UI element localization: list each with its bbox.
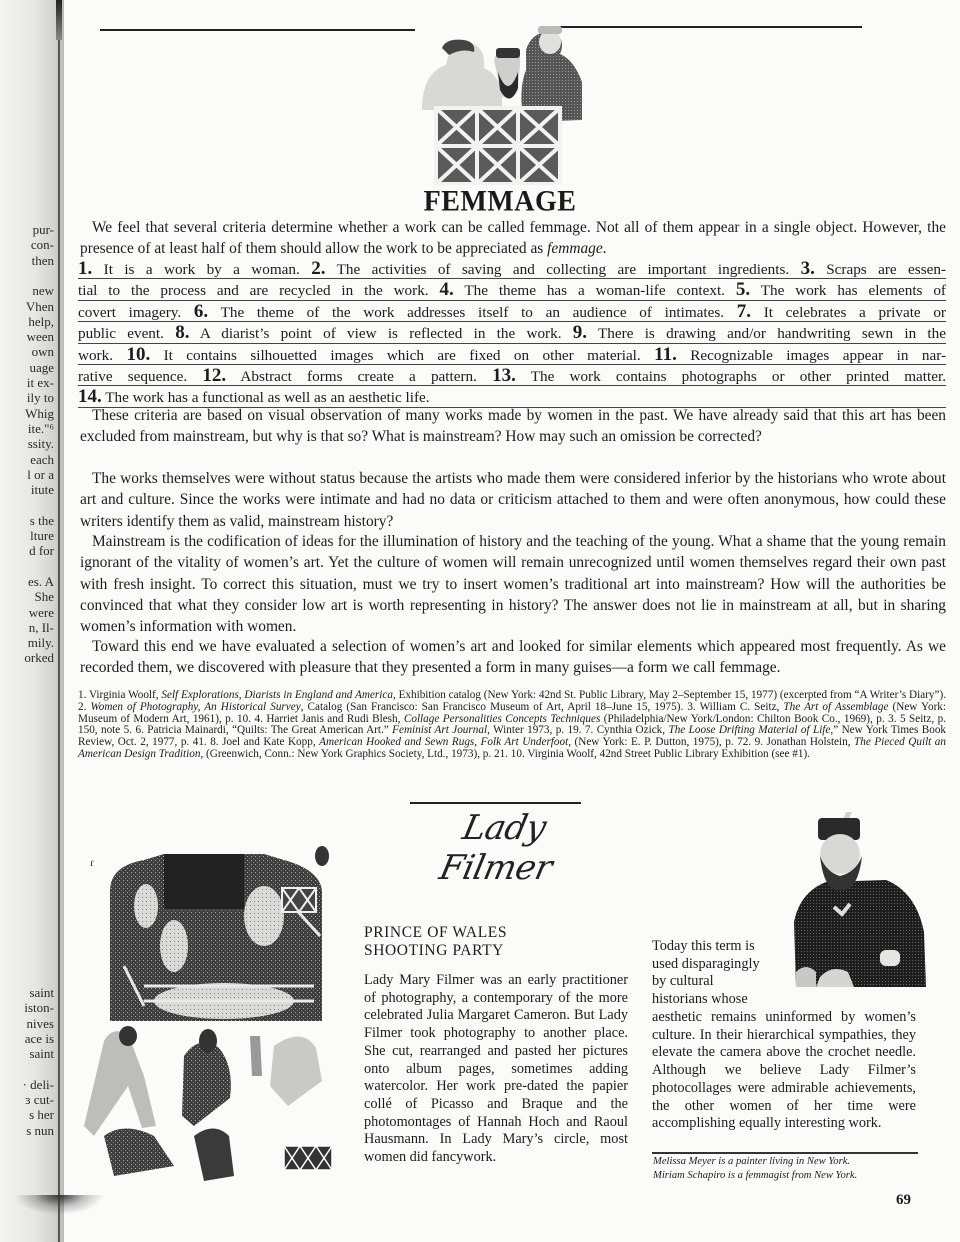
criterion-text: rative sequence. <box>78 368 202 385</box>
criterion-number: 9. <box>573 322 587 343</box>
criterion-text: The work has a functional as well as an … <box>102 389 430 406</box>
adjacent-page-fragment: ssity. <box>28 436 54 451</box>
criteria-line: tial to the process and are recycled in … <box>78 279 946 300</box>
criterion-text: The work has elements of <box>750 282 946 299</box>
intro-text: We feel that several criteria determine … <box>80 219 946 257</box>
adjacent-page-fragment: es. A <box>28 574 54 589</box>
criterion-text: The theme has a woman-life context. <box>454 282 736 299</box>
criterion-text: The theme of the work addresses itself t… <box>208 304 737 321</box>
footnote-text: , Exhibition catalog (New York: 42nd St.… <box>393 689 946 701</box>
criteria-line: public event. 8. A diarist’s point of vi… <box>78 322 946 343</box>
criteria-line: work. 10. It contains silhouetted images… <box>78 344 946 365</box>
criterion-text: The activities of saving and collecting … <box>325 261 800 278</box>
criterion-text: There is drawing and/or handwriting sewn… <box>587 325 946 342</box>
criterion-number: 12. <box>202 365 226 386</box>
footnote-text: 3. William C. Seitz, <box>687 701 783 713</box>
lady-filmer-column-2-bottom: aesthetic remains uninformed by women’s … <box>652 1009 916 1133</box>
footnote-text: 2. <box>78 701 90 713</box>
adjacent-page-fragment: n, Il- <box>29 620 54 635</box>
criterion-text: work. <box>78 347 126 364</box>
footnote-text: 1. Virginia Woolf, <box>78 689 161 701</box>
criterion-text: It celebrates a private or <box>751 304 946 321</box>
criterion-text: It is a work by a woman. <box>92 261 311 278</box>
section-rule <box>410 802 581 804</box>
portrait-photo-icon <box>776 812 936 987</box>
footnote-title: Women of Photography, An Historical Surv… <box>90 701 300 713</box>
footnote-text: 8. Joel and Kate Kopp, <box>210 736 319 748</box>
paragraph-without-status: The works themselves were without status… <box>80 468 946 532</box>
adjacent-page-fragment: mily. <box>28 635 54 650</box>
criterion-number: 3. <box>801 258 815 279</box>
footnote-text: (Philadelphia/New York/London: Chilton B… <box>600 713 900 725</box>
adjacent-page-fragment: Whig <box>25 406 54 421</box>
header-rule-left <box>100 29 415 31</box>
adjacent-page-fragment: s nun <box>26 1123 54 1138</box>
criterion-number: 2. <box>311 258 325 279</box>
paragraph-criteria-basis: These criteria are based on visual obser… <box>80 405 946 448</box>
paragraph-mainstream: Mainstream is the codification of ideas … <box>80 531 946 637</box>
header-rule-right <box>547 26 862 28</box>
adjacent-page-fragment: ite."⁶ <box>28 421 54 436</box>
section-heading-line-1: PRINCE OF WALES <box>364 924 624 942</box>
author-bio-meyer: Melissa Meyer is a painter living in New… <box>653 1155 923 1169</box>
adjacent-page-fragment: saint <box>29 985 54 1000</box>
author-bios: Melissa Meyer is a painter living in New… <box>653 1155 923 1183</box>
adjacent-page-fragment: Vhen <box>26 299 54 314</box>
criterion-text: public event. <box>78 325 175 342</box>
criterion-number: 7. <box>737 301 751 322</box>
adjacent-page-fragment: new <box>32 283 54 298</box>
footnote-text: 4. Harriet Janis and Rudi Blesh, <box>254 713 403 725</box>
adjacent-page-fragment: ace is <box>25 1031 54 1046</box>
criterion-number: 1. <box>78 258 92 279</box>
adjacent-page-fragment: orked <box>24 650 54 665</box>
footnote-text: , (New York: E. P. Dutton, 1975), p. 72. <box>568 736 754 748</box>
adjacent-page-fragment: iston- <box>24 1000 54 1015</box>
binding-shadow <box>14 1195 104 1215</box>
footnote-text: 10. Virginia Woolf, 42nd Street Public L… <box>511 748 810 760</box>
criterion-text: Abstract forms create a pattern. <box>226 368 492 385</box>
intro-emphasis: femmage <box>547 240 603 257</box>
footnotes: 1. Virginia Woolf, Self Explorations, Di… <box>78 690 946 761</box>
criteria-line: covert imagery. 6. The theme of the work… <box>78 301 946 322</box>
intro-paragraph: We feel that several criteria determine … <box>80 217 946 260</box>
adjacent-page-fragment: · deli- <box>23 1077 54 1092</box>
adjacent-page-fragment: ily to <box>27 390 54 405</box>
lady-filmer-column-1: Lady Mary Filmer was an early practition… <box>364 972 628 1167</box>
section-heading-line-2: SHOOTING PARTY <box>364 942 624 960</box>
criterion-text: A diarist’s point of view is reflected i… <box>189 325 572 342</box>
adjacent-page-fragment: it ex- <box>27 375 54 390</box>
adjacent-page-fragment: itute <box>31 482 54 497</box>
page-title: FEMMAGE <box>0 185 960 219</box>
footnote-text: , Catalog (San Francisco: San Francisco … <box>301 701 688 713</box>
binding-curl <box>56 0 62 40</box>
adjacent-page-fragment: She <box>35 589 55 604</box>
lady-filmer-column-2-top: Today this term is used disparagingly by… <box>652 938 770 1009</box>
adjacent-page-fragment: con- <box>31 237 54 252</box>
adjacent-page-fragment: l or a <box>27 467 54 482</box>
footnote-title: The Art of Assemblage <box>783 701 888 713</box>
footnote-text: 7. Cynthia Ozick, <box>585 724 669 736</box>
criterion-number: 4. <box>439 279 453 300</box>
adjacent-page-fragment: own <box>32 344 54 359</box>
criterion-number: 8. <box>175 322 189 343</box>
footnote-title: Self Explorations, Diarists in England a… <box>161 689 393 701</box>
criterion-number: 13. <box>492 365 516 386</box>
criterion-text: Scraps are essen- <box>815 261 946 278</box>
adjacent-page-fragment: were <box>29 605 54 620</box>
author-bio-schapiro: Miriam Schapiro is a femmagist from New … <box>653 1169 923 1183</box>
criteria-list: 1. It is a work by a woman. 2. The activ… <box>78 258 946 408</box>
adjacent-page-fragment: each <box>30 452 54 467</box>
criterion-text: tial to the process and are recycled in … <box>78 282 439 299</box>
hero-photo-collage-icon <box>414 10 586 185</box>
adjacent-page-fragment: help, <box>28 314 54 329</box>
adjacent-page-fragment: nives <box>27 1016 54 1031</box>
footnote-text: , (Greenwich, Conn.: New York Graphics S… <box>200 748 510 760</box>
criterion-number: 11. <box>654 344 677 365</box>
photo-collage-icon: ɾ <box>84 836 350 1186</box>
adjacent-page-fragment: pur- <box>33 222 54 237</box>
criterion-number: 6. <box>194 301 208 322</box>
criterion-text: The work contains photographs or other p… <box>516 368 946 385</box>
adjacent-page-fragment: then <box>32 253 54 268</box>
footnote-title: American Hooked and Sewn Rugs, Folk Art … <box>319 736 568 748</box>
criterion-number: 5. <box>736 279 750 300</box>
criterion-text: Recognizable images appear in nar- <box>677 347 946 364</box>
criterion-number: 10. <box>126 344 150 365</box>
lady-filmer-script-title: Lady Filmer <box>391 808 608 888</box>
adjacent-page-fragment: ween <box>27 329 54 344</box>
adjacent-page-fragment: s the <box>30 513 54 528</box>
footnote-title: Feminist Art Journal <box>392 724 487 736</box>
criterion-text: It contains silhouetted images which are… <box>150 347 654 364</box>
adjacent-page-fragment: d for <box>29 543 54 558</box>
criteria-line: rative sequence. 12. Abstract forms crea… <box>78 365 946 386</box>
page-number: 69 <box>896 1192 911 1209</box>
criterion-text: covert imagery. <box>78 304 194 321</box>
footnote-text: 9. Jonathan Holstein, <box>755 736 854 748</box>
footnote-text: , Winter 1973, p. 19. <box>487 724 585 736</box>
paragraph-toward-this-end: Toward this end we have evaluated a sele… <box>80 636 946 679</box>
svg-text:ɾ: ɾ <box>90 855 94 869</box>
intro-end: . <box>603 240 607 257</box>
adjacent-page-fragment: s her <box>29 1107 54 1122</box>
adjacent-page-fragment: saint <box>29 1046 54 1061</box>
adjacent-page-fragment: uage <box>29 360 54 375</box>
footnote-title: Collage Personalities Concepts Technique… <box>404 713 600 725</box>
criteria-line: 1. It is a work by a woman. 2. The activ… <box>78 258 946 279</box>
bio-rule <box>652 1152 918 1154</box>
adjacent-page-fragment: ɜ cut- <box>25 1092 54 1107</box>
section-heading: PRINCE OF WALES SHOOTING PARTY <box>364 924 624 960</box>
adjacent-page-fragment: lture <box>30 528 54 543</box>
footnote-title: The Loose Drifting Material of Life <box>668 724 830 736</box>
